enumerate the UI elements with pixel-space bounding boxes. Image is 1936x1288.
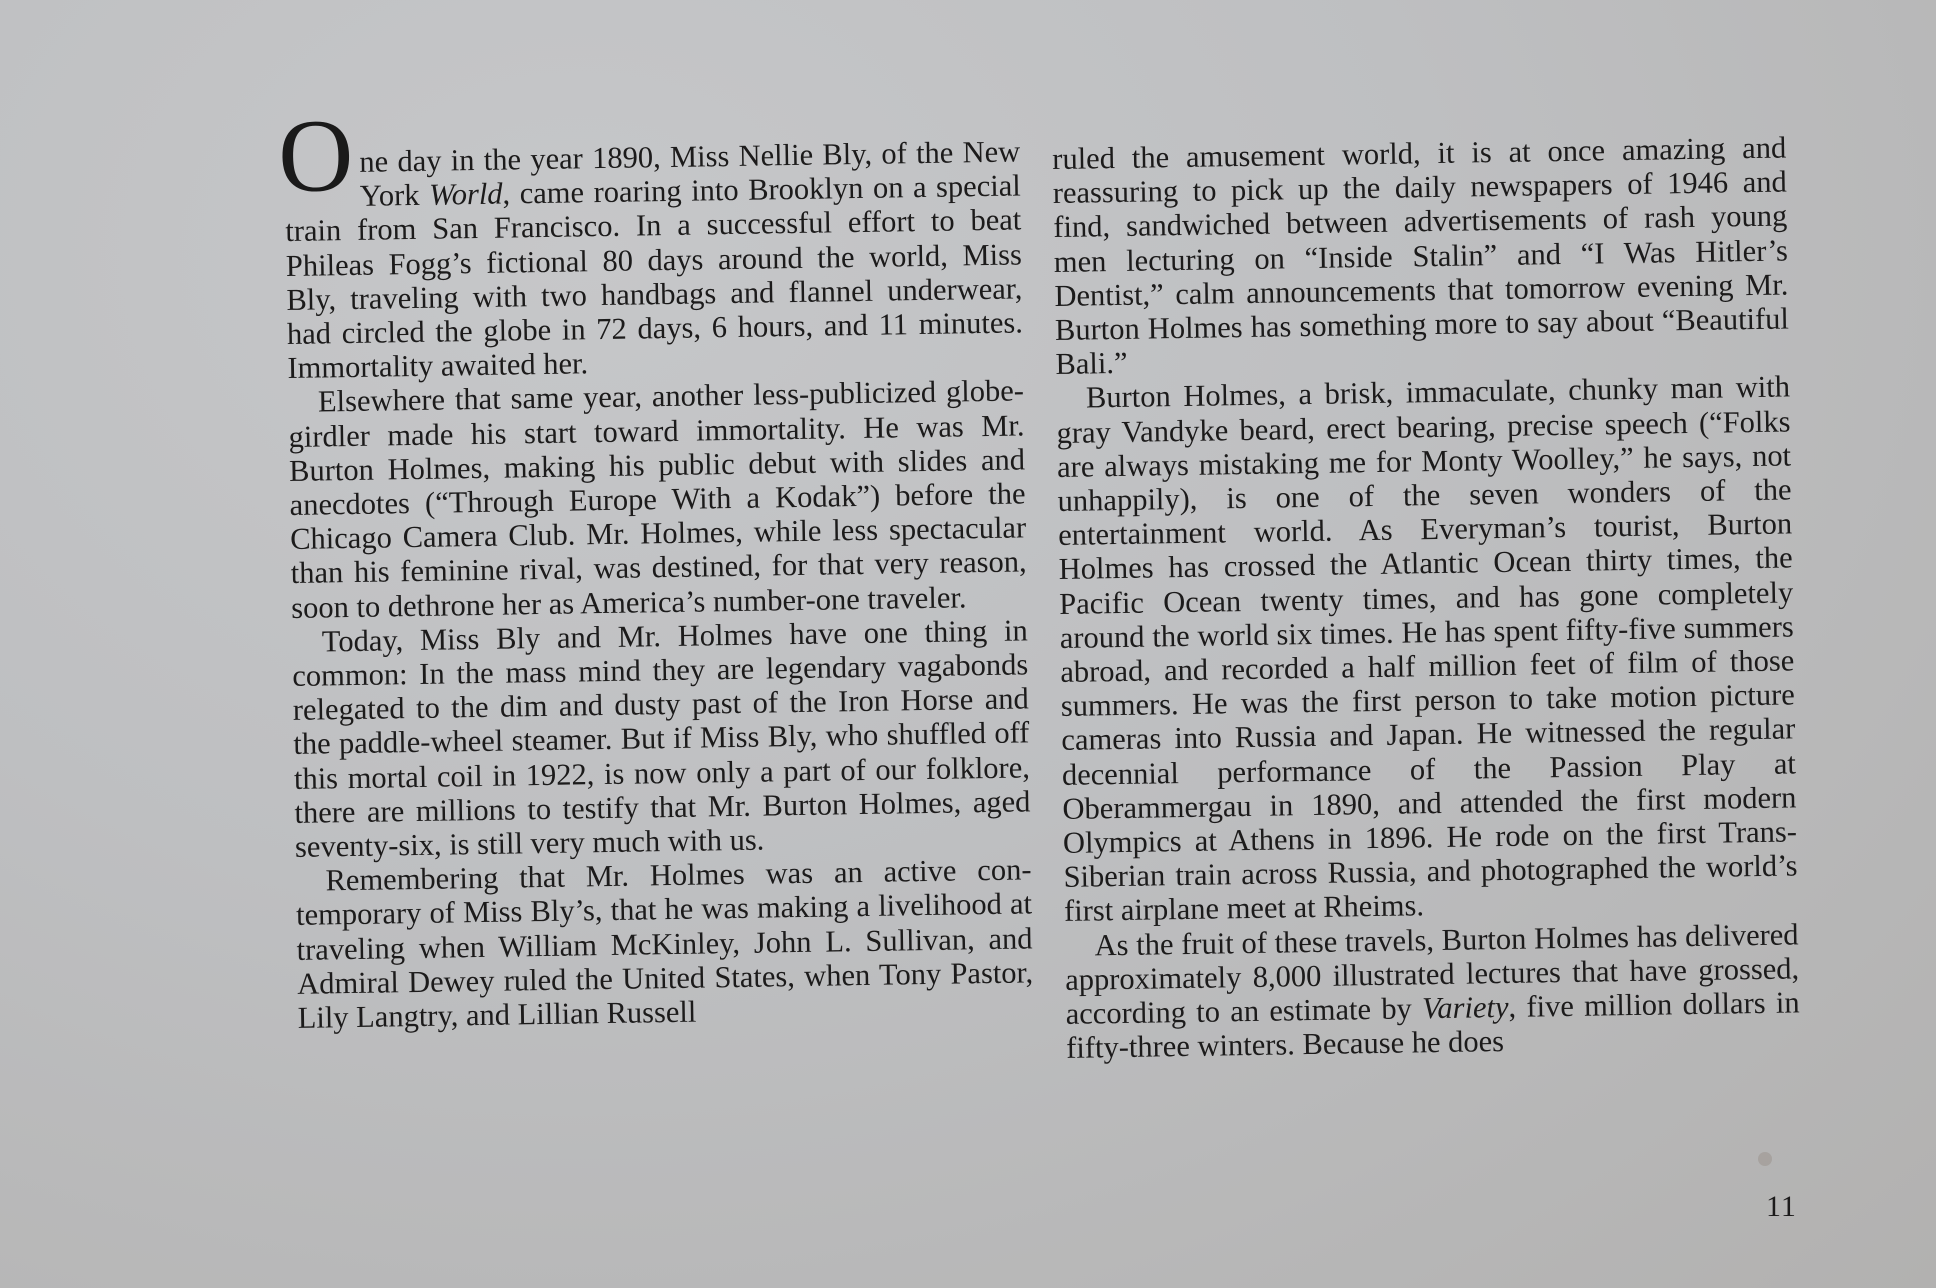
book-page: One day in the year 1890, Miss Nellie Bl… bbox=[0, 0, 1936, 1288]
right-column: ruled the amusement world, it is at once… bbox=[1052, 130, 1800, 1065]
paragraph-5: Burton Holmes, a brisk, immaculate, chun… bbox=[1056, 370, 1799, 929]
paragraph-4: Remembering that Mr. Holmes was an activ… bbox=[295, 853, 1034, 1036]
publication-title-variety: Variety bbox=[1422, 990, 1509, 1025]
page-number: 11 bbox=[1766, 1190, 1797, 1224]
paragraph-4-continued: ruled the amusement world, it is at once… bbox=[1052, 130, 1790, 381]
paper-spot bbox=[1758, 1152, 1772, 1166]
paragraph-1: One day in the year 1890, Miss Nellie Bl… bbox=[284, 134, 1024, 385]
paragraph-3: Today, Miss Bly and Mr. Holmes have one … bbox=[292, 613, 1032, 864]
paragraph-2: Elsewhere that same year, another less-p… bbox=[288, 374, 1028, 625]
left-column: One day in the year 1890, Miss Nellie Bl… bbox=[284, 134, 1034, 1035]
newspaper-title-world: World bbox=[429, 177, 503, 212]
drop-cap: O bbox=[278, 117, 354, 192]
paragraph-6: As the fruit of these travels, Burton Ho… bbox=[1064, 917, 1800, 1065]
